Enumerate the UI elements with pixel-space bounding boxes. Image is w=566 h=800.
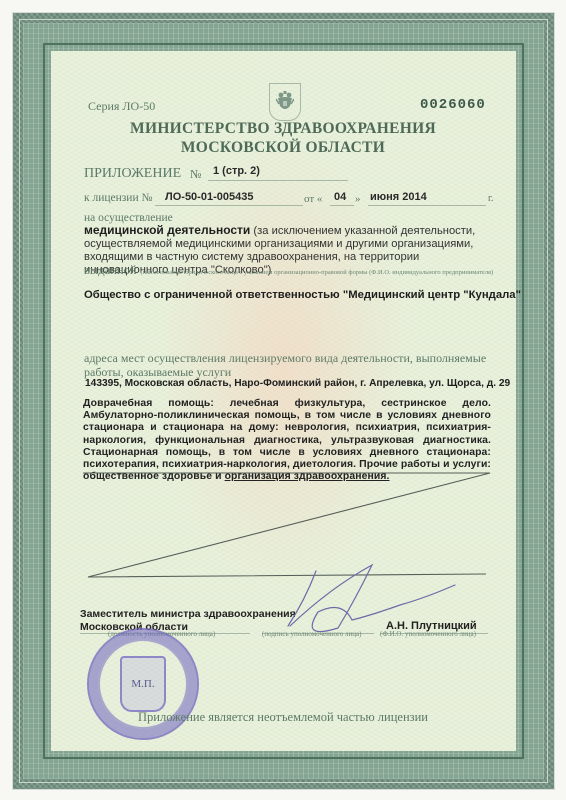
footer-note: Приложение является неотъемлемой частью … bbox=[0, 710, 566, 725]
stamp-label: М.П. bbox=[131, 678, 154, 690]
handwritten-signature bbox=[0, 0, 566, 800]
seal-coat-of-arms-icon: М.П. bbox=[120, 656, 166, 712]
